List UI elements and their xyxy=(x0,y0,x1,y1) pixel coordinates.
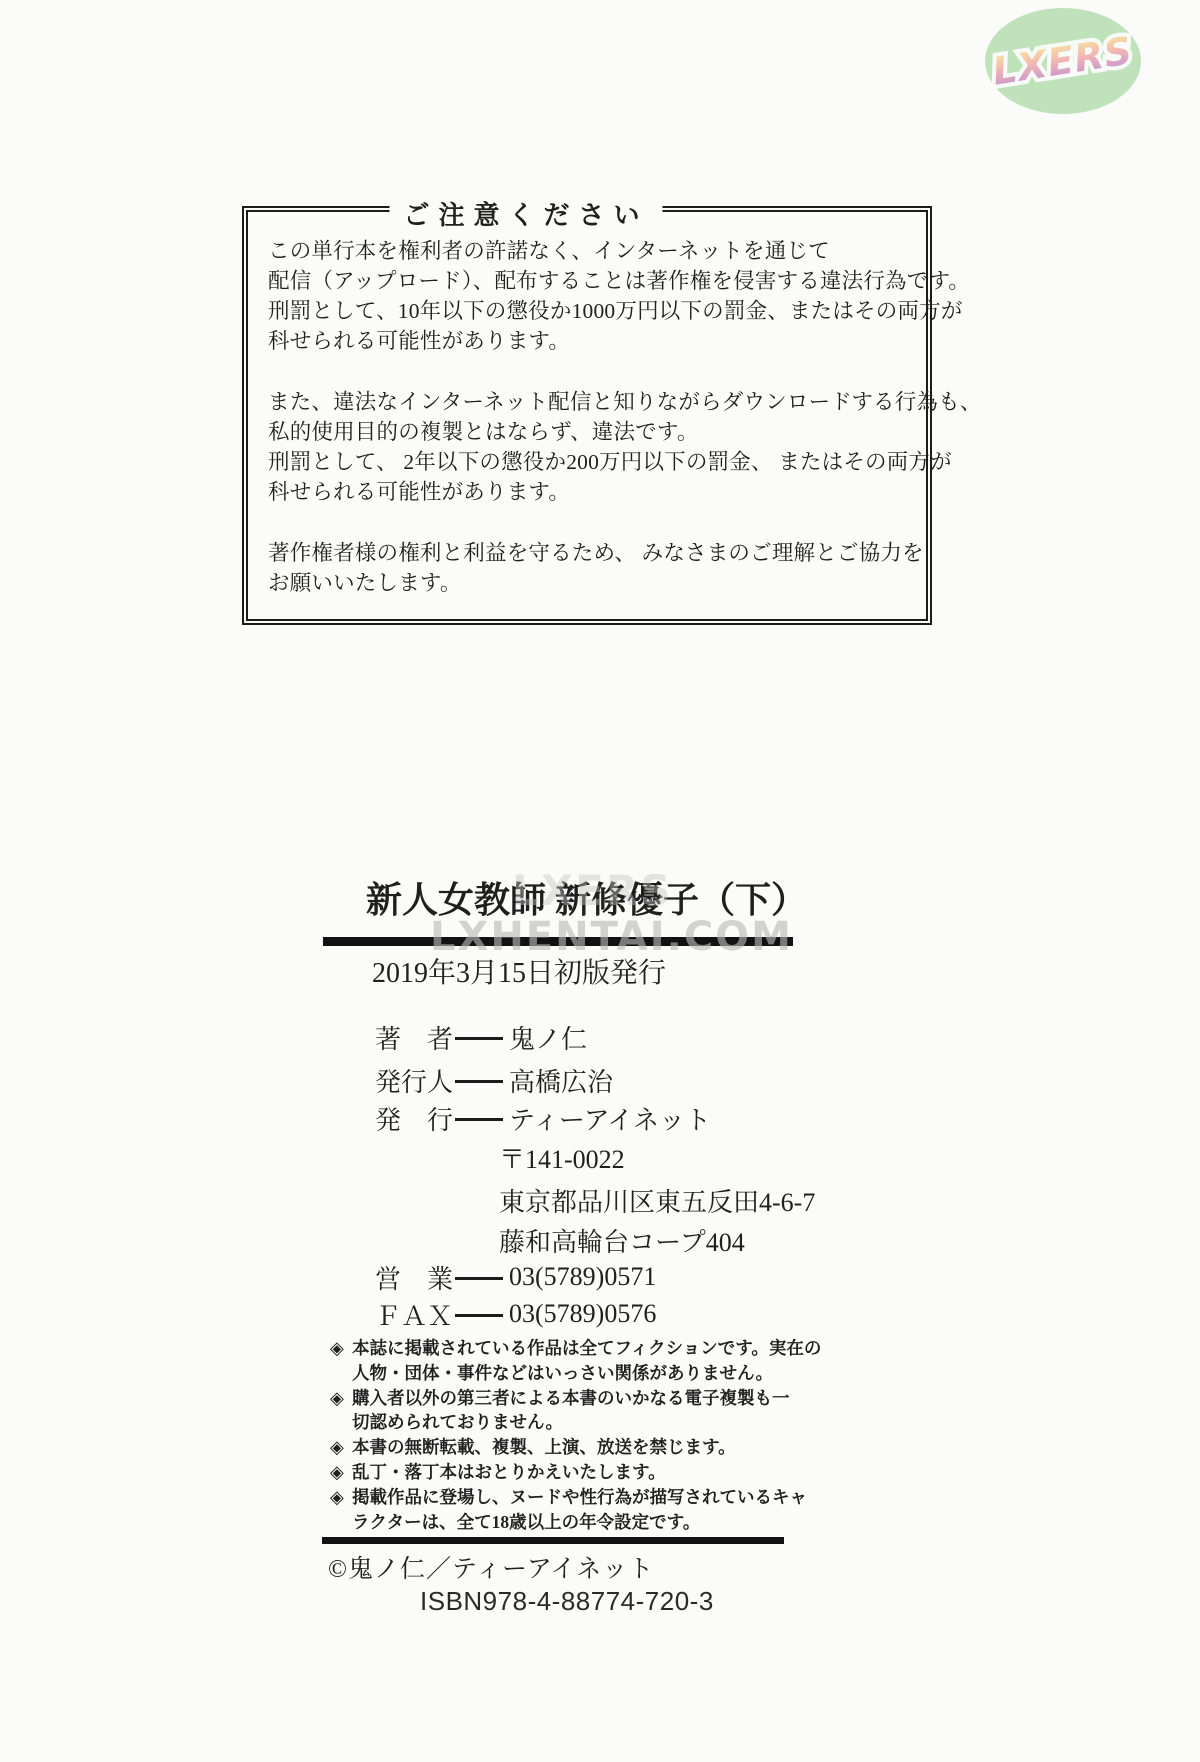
contact-row-fax: ＦＡＸ 03(5789)0576 xyxy=(375,1297,656,1331)
contact-value-fax: 03(5789)0576 xyxy=(509,1299,656,1329)
copyright-line: ©鬼ノ仁／ティーアイネット xyxy=(328,1549,654,1585)
notice-line: 刑罰として、10年以下の懲役か1000万円以下の罰金、またはその両方が xyxy=(268,296,908,326)
note-line: ◈乱丁・落丁本はおとりかえいたします。 xyxy=(330,1460,800,1485)
credit-row-author: 著 者 鬼ノ仁 xyxy=(375,1020,587,1054)
lxers-logo: LXERS LXERS xyxy=(990,31,1135,91)
note-text: ラクターは、全て18歳以上の年令設定です。 xyxy=(352,1512,700,1532)
notice-line: 刑罰として、 2年以下の懲役か200万円以下の罰金、 またはその両方が xyxy=(268,447,908,477)
note-line: ◈本誌に掲載されている作品は全てフィクションです。実在の xyxy=(330,1336,800,1361)
colophon-page: LXERS LXERS ご注意ください この単行本を権利者の許諾なく、インターネ… xyxy=(0,0,1200,1762)
note-bullet-icon: ◈ xyxy=(330,1485,352,1510)
edition-date: 2019年3月15日初版発行 xyxy=(372,951,666,991)
note-bullet-icon: ◈ xyxy=(330,1336,352,1361)
credit-dash xyxy=(455,1277,503,1280)
credit-value-publisher: 高橋広治 xyxy=(509,1062,613,1099)
lxers-logo-text: LXERS xyxy=(990,31,1135,91)
notice-line: 科せられる可能性があります。 xyxy=(268,477,908,507)
notice-line: 配信（アップロード）、配布することは著作権を侵害する違法行為です。 xyxy=(268,266,908,296)
note-line: ◈購入者以外の第三者による本書のいかなる電子複製も一 xyxy=(330,1386,800,1411)
lxers-badge: LXERS LXERS xyxy=(985,8,1141,114)
note-text: 切認められておりません。 xyxy=(352,1412,563,1432)
note-text: 人物・団体・事件などはいっさい関係がありません。 xyxy=(352,1363,773,1383)
note-text: 購入者以外の第三者による本書のいかなる電子複製も一 xyxy=(352,1388,790,1408)
credit-row-publisher: 発行人 高橋広治 xyxy=(375,1063,613,1097)
note-line: ◈掲載作品に登場し、ヌードや性行為が描写されているキャ xyxy=(330,1485,800,1510)
credit-dash xyxy=(455,1118,503,1121)
title-rule xyxy=(323,937,793,946)
notice-box-title: ご注意ください xyxy=(389,195,662,232)
credit-dash xyxy=(455,1314,503,1317)
note-bullet-icon: ◈ xyxy=(330,1386,352,1411)
credit-label-publisher: 発行人 xyxy=(375,1062,453,1099)
notice-line: お願いいたします。 xyxy=(268,568,908,598)
note-text: 本誌に掲載されている作品は全てフィクションです。実在の xyxy=(352,1338,821,1358)
notice-line: この単行本を権利者の許諾なく、インターネットを通じて xyxy=(268,236,908,266)
credit-label-publishing: 発 行 xyxy=(375,1100,453,1137)
legal-notes: ◈本誌に掲載されている作品は全てフィクションです。実在の 人物・団体・事件などは… xyxy=(330,1336,800,1534)
notice-box-body: この単行本を権利者の許諾なく、インターネットを通じて 配信（アップロード）、配布… xyxy=(268,236,908,598)
note-text: 掲載作品に登場し、ヌードや性行為が描写されているキャ xyxy=(352,1487,807,1507)
note-line: ラクターは、全て18歳以上の年令設定です。 xyxy=(330,1510,800,1535)
contact-label-fax: ＦＡＸ xyxy=(375,1296,453,1333)
notice-box: ご注意ください この単行本を権利者の許諾なく、インターネットを通じて 配信（アッ… xyxy=(242,206,932,625)
address-line: 藤和高輪台コープ404 xyxy=(499,1222,745,1259)
credit-dash xyxy=(455,1080,503,1083)
postal-code: 〒141-0022 xyxy=(499,1139,625,1176)
notice-line: 科せられる可能性があります。 xyxy=(268,326,908,356)
notice-line: 私的使用目的の複製とはならず、違法です。 xyxy=(268,417,908,447)
credit-dash xyxy=(455,1037,503,1040)
note-bullet-icon: ◈ xyxy=(330,1435,352,1460)
note-text: 乱丁・落丁本はおとりかえいたします。 xyxy=(352,1462,666,1482)
address-line: 東京都品川区東五反田4-6-7 xyxy=(499,1182,815,1219)
note-bullet-icon: ◈ xyxy=(330,1460,352,1485)
contact-row-sales: 営 業 03(5789)0571 xyxy=(375,1260,656,1294)
contact-label-sales: 営 業 xyxy=(375,1259,453,1296)
notice-line: 著作権者様の権利と利益を守るため、 みなさまのご理解とご協力を xyxy=(268,538,908,568)
bottom-rule xyxy=(322,1537,784,1544)
note-line: 切認められておりません。 xyxy=(330,1410,800,1435)
notice-line: また、違法なインターネット配信と知りながらダウンロードする行為も、 xyxy=(268,387,908,417)
credit-value-publishing: ティーアイネット xyxy=(509,1100,711,1137)
note-line: 人物・団体・事件などはいっさい関係がありません。 xyxy=(330,1361,800,1386)
credit-row-publishing: 発 行 ティーアイネット xyxy=(375,1101,711,1135)
isbn: ISBN978-4-88774-720-3 xyxy=(420,1586,714,1617)
note-text: 本書の無断転載、複製、上演、放送を禁じます。 xyxy=(352,1437,736,1457)
contact-value-sales: 03(5789)0571 xyxy=(509,1262,656,1292)
note-line: ◈本書の無断転載、複製、上演、放送を禁じます。 xyxy=(330,1435,800,1460)
credit-value-author: 鬼ノ仁 xyxy=(509,1019,587,1056)
book-title: 新人女教師 新條優子（下） xyxy=(366,872,807,923)
credit-label-author: 著 者 xyxy=(375,1019,453,1056)
